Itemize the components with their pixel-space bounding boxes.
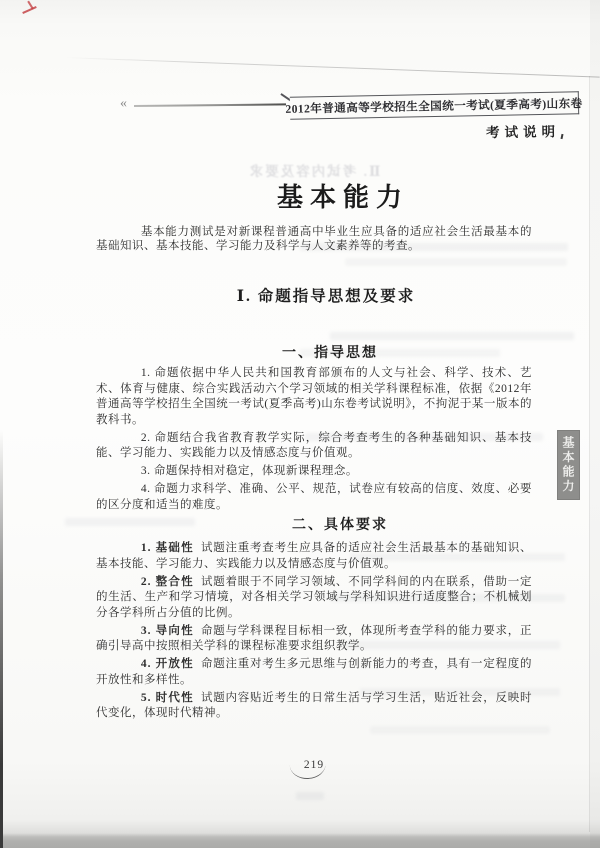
list-item: 3. 导向性命题与学科课程目标相一致，体现所考查学科的能力要求，正确引导高中按照…	[96, 624, 532, 655]
list-item-term: 4. 开放性	[141, 658, 194, 670]
bleedthrough-smudge	[345, 258, 567, 266]
section1-heading: 一、指导思想	[112, 342, 548, 362]
list-item: 1. 基础性试题注重考查考生应具备的适应社会生活最基本的基础知识、基本技能、学习…	[96, 541, 532, 572]
page-number-underline-arc	[290, 762, 327, 780]
header-arrow-icon: «	[120, 96, 125, 112]
header-caption-dot	[561, 134, 564, 139]
red-pen-mark	[22, 6, 37, 14]
page-title: 基本能力	[125, 177, 561, 214]
list-item: 3. 命题保持相对稳定，体现新课程理念。	[96, 464, 532, 480]
header-rule-line	[134, 103, 286, 106]
side-tab-basic-ability: 基本能力	[557, 430, 580, 500]
list-item: 5. 时代性试题内容贴近考生的日常生活与学习生活，贴近社会，反映时代变化，体现时…	[96, 691, 532, 722]
header-caption: 考试说明	[430, 120, 560, 142]
specific-requirements-list: 1. 基础性试题注重考查考生应具备的适应社会生活最基本的基础知识、基本技能、学习…	[96, 541, 532, 724]
bleedthrough-smudge	[370, 726, 550, 734]
scan-crease-line	[64, 57, 600, 78]
scanned-document-page: « 2012年普通高等学校招生全国统一考试(夏季高考)山东卷 考试说明 Ⅱ. 考…	[0, 0, 600, 848]
header-exam-title: 2012年普通高等学校招生全国统一考试(夏季高考)山东卷	[285, 95, 582, 117]
list-item: 4. 开放性命题注重对考生多元思维与创新能力的考查，具有一定程度的开放性和多样性…	[96, 657, 532, 688]
section2-heading: 二、具体要求	[122, 514, 558, 534]
list-item-term: 5. 时代性	[141, 692, 194, 704]
part1-heading: Ⅰ. 命题指导思想及要求	[108, 284, 544, 306]
list-item: 2. 命题结合我省教育教学实际，综合考查考生的各种基础知识、基本技能、学习能力、…	[96, 431, 532, 462]
bleedthrough-smudge	[296, 792, 324, 800]
intro-paragraph: 基本能力测试是对新课程普通高中毕业生应具备的适应社会生活最基本的基础知识、基本技…	[96, 226, 532, 254]
guiding-principles-list: 1. 命题依据中华人民共和国教育部颁布的人文与社会、科学、技术、艺术、体育与健康…	[96, 366, 532, 516]
list-item: 2. 整合性试题着眼于不同学习领域、不同学科间的内在联系，借助一定的生活、生产和…	[96, 575, 532, 622]
list-item: 1. 命题依据中华人民共和国教育部颁布的人文与社会、科学、技术、艺术、体育与健康…	[96, 366, 532, 428]
list-item: 4. 命题力求科学、准确、公平、规范，试卷应有较高的信度、效度、必要的区分度和适…	[96, 482, 532, 513]
scan-edge-left	[0, 430, 3, 848]
header-exam-banner: 2012年普通高等学校招生全国统一考试(夏季高考)山东卷	[290, 91, 579, 120]
list-item-term: 1. 基础性	[141, 542, 194, 554]
bleedthrough-smudge	[330, 332, 574, 340]
scan-edge-right	[590, 0, 600, 848]
list-item-term: 3. 导向性	[141, 625, 194, 637]
list-item-term: 2. 整合性	[141, 576, 194, 588]
